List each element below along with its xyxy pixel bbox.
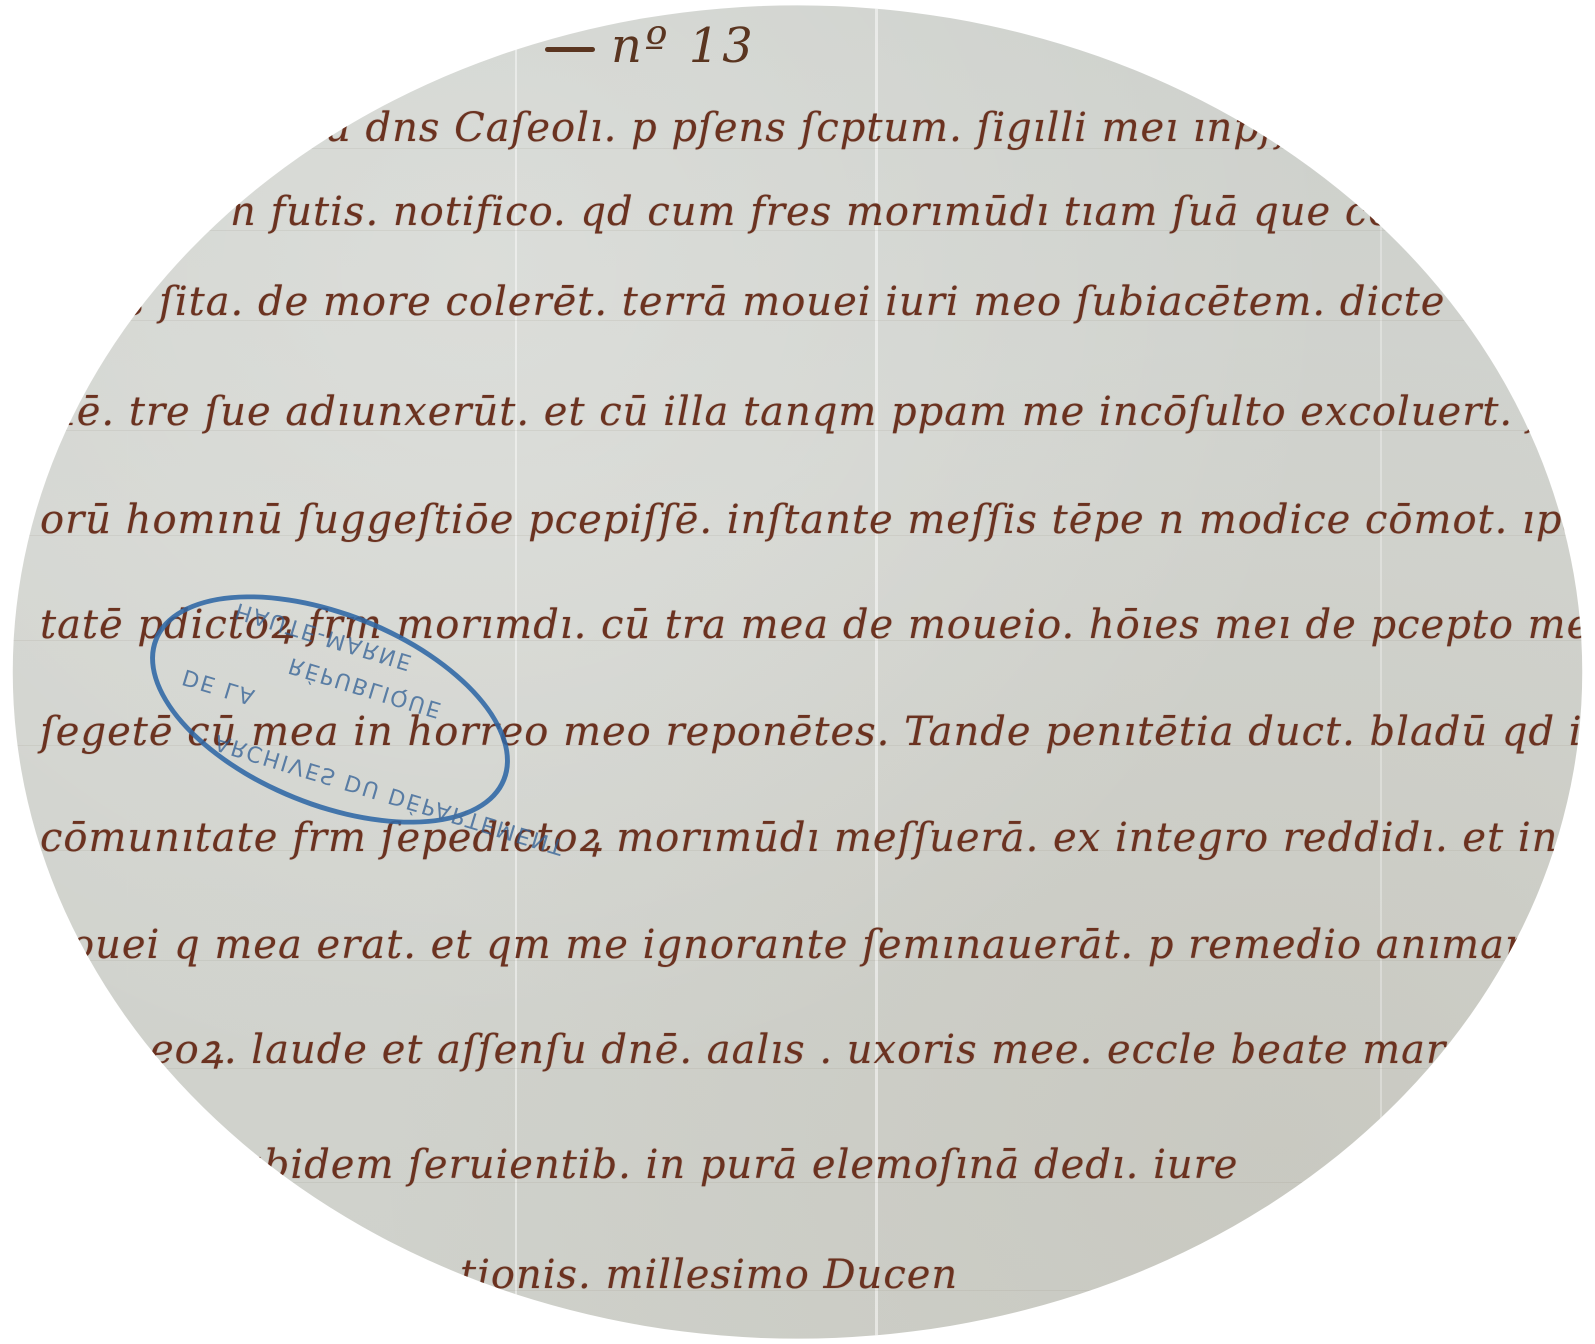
manuscript-line-9: ouei q mea erat. et qm me ignorante ſemı… xyxy=(70,925,1552,965)
flourish xyxy=(545,47,595,52)
manuscript-line-3: ıs ſita. de more colerēt. terrā mouei iu… xyxy=(110,282,1547,322)
parchment-fold xyxy=(1380,0,1382,1344)
manuscript-line-12: tionis. millesimo Ducen xyxy=(460,1255,958,1295)
stamp-text-line: RÉPUBLIQUE xyxy=(286,652,446,723)
manuscript-line-10: eoꝝ. laude et aſſenſu dnē. aalıs . uxori… xyxy=(150,1030,1446,1070)
stamp-text-line: DE LA xyxy=(180,663,260,709)
manuscript-line-11: ıbidem ſeruientib. in purā elemoſınā ded… xyxy=(250,1145,1238,1185)
image-frame: nº 13 u dns Caſeolı. p pſens ſcptum. ſig… xyxy=(0,0,1595,1344)
manuscript-line-1: u dns Caſeolı. p pſens ſcptum. ſigılli m… xyxy=(325,108,1382,148)
manuscript-parchment: nº 13 u dns Caſeolı. p pſens ſcptum. ſig… xyxy=(0,0,1595,1344)
manuscript-line-4: uē. tre ſue adıunxerūt. et cū illa tanqm… xyxy=(50,392,1595,432)
shelfmark-number: nº 13 xyxy=(545,18,756,74)
manuscript-line-2: n futis. notifico. qd cum fres morımūdı … xyxy=(230,192,1542,232)
shelfmark-text: nº 13 xyxy=(611,18,756,74)
manuscript-line-8: cōmunıtate frm ſepedictoꝝ morımūdı meſſu… xyxy=(40,818,1595,858)
manuscript-line-5: orū homınū ſuggeſtiōe pcepiſſē. inſtante… xyxy=(40,500,1595,540)
